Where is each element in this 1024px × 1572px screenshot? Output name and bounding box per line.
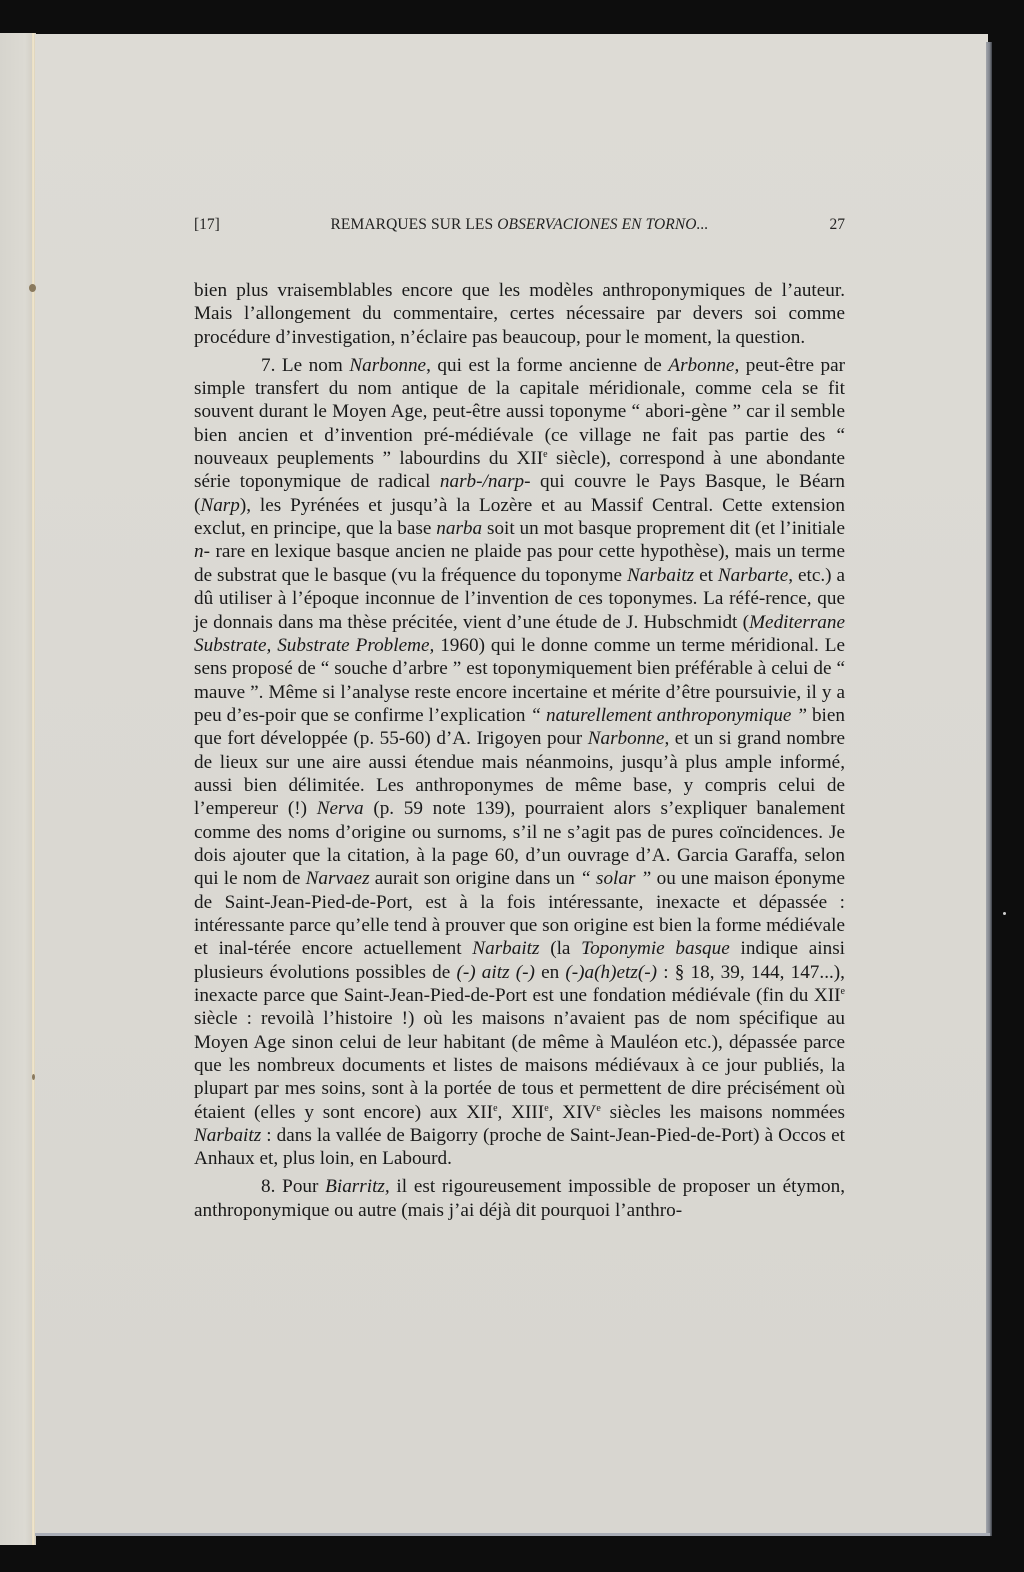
italic-term: “ solar ” bbox=[580, 868, 651, 889]
text-run: bien plus vraisemblables encore que les … bbox=[194, 280, 845, 348]
text-run: (la bbox=[539, 938, 581, 959]
text-run: siècles les maisons nommées bbox=[601, 1102, 845, 1123]
italic-term: n- bbox=[194, 541, 210, 562]
italic-term: Arbonne bbox=[668, 355, 734, 376]
italic-term: (-)a(h)etz(-) bbox=[565, 962, 657, 983]
binding-gutter bbox=[32, 33, 35, 1545]
paragraph-p-7: 7. Le nom Narbonne, qui est la forme anc… bbox=[194, 354, 845, 1171]
italic-term: Narvaez bbox=[306, 868, 370, 889]
italic-term: Narbaitz bbox=[472, 938, 539, 959]
paper-blemish bbox=[29, 284, 36, 292]
paragraph-p-8: 8. Pour Biarritz, il est rigoureusement … bbox=[194, 1175, 845, 1222]
paragraph-p-continued: bien plus vraisemblables encore que les … bbox=[194, 279, 845, 349]
text-run: et bbox=[694, 565, 718, 586]
paper-blemish bbox=[1003, 912, 1006, 915]
italic-term: Narbaitz bbox=[194, 1125, 261, 1146]
page-stack-edge-right bbox=[986, 42, 992, 1536]
italic-term: Toponymie basque bbox=[581, 938, 730, 959]
text-run: : dans la vallée de Baigorry (proche de … bbox=[194, 1125, 845, 1169]
page-stack-edge-bottom bbox=[35, 1533, 990, 1536]
text-run: 8. Pour bbox=[261, 1176, 325, 1197]
text-run: aurait son origine dans un bbox=[370, 868, 581, 889]
text-run: en bbox=[535, 962, 566, 983]
body-text: bien plus vraisemblables encore que les … bbox=[194, 279, 845, 1227]
text-run: , XIII bbox=[498, 1102, 545, 1123]
running-title-italic: OBSERVACIONES EN TORNO... bbox=[497, 216, 708, 233]
italic-term: Narbaitz bbox=[627, 565, 694, 586]
running-head: [17] REMARQUES SUR LES OBSERVACIONES EN … bbox=[194, 216, 845, 238]
paper-blemish bbox=[32, 1074, 35, 1080]
text-run: soit un mot basque proprement dit (et l’… bbox=[482, 518, 845, 539]
italic-term: Narbonne bbox=[349, 355, 426, 376]
text-run: , qui est la forme ancienne de bbox=[426, 355, 668, 376]
italic-term: Narbonne bbox=[588, 728, 665, 749]
superscript: e bbox=[841, 986, 845, 997]
italic-term: Nerva bbox=[317, 798, 364, 819]
italic-term: “ naturellement anthroponymique ” bbox=[530, 705, 807, 726]
italic-term: Narp bbox=[200, 495, 239, 516]
italic-term: Biarritz, bbox=[325, 1176, 390, 1197]
page-number: 27 bbox=[830, 216, 846, 234]
text-run: , XIV bbox=[549, 1102, 597, 1123]
italic-term: Narbarte bbox=[718, 565, 788, 586]
running-title-prefix: REMARQUES SUR LES bbox=[330, 216, 497, 233]
italic-term: narba bbox=[436, 518, 482, 539]
facing-page-edge bbox=[0, 33, 36, 1545]
text-run: 7. Le nom bbox=[261, 355, 349, 376]
italic-term: (-) aitz (-) bbox=[456, 962, 534, 983]
italic-term: narb-/narp- bbox=[440, 471, 531, 492]
running-title: REMARQUES SUR LES OBSERVACIONES EN TORNO… bbox=[194, 216, 845, 234]
